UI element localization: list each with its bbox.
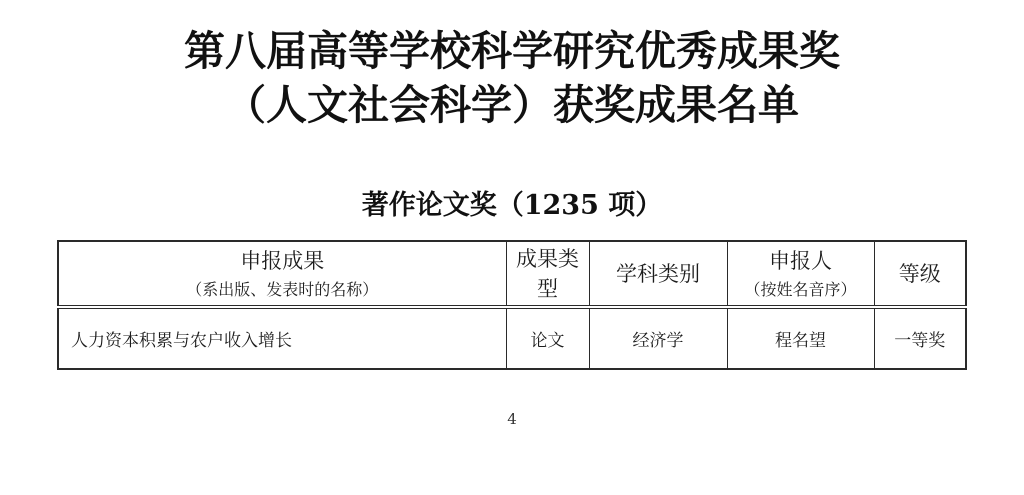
document-title-line1: 第八届高等学校科学研究优秀成果奖 — [0, 24, 1024, 78]
header-applicant-main: 申报人 — [728, 247, 874, 275]
header-achievement: 申报成果 （系出版、发表时的名称） — [58, 241, 506, 307]
header-grade-main: 等级 — [875, 260, 966, 288]
cell-applicant: 程名望 — [727, 307, 874, 369]
cell-result-type: 论文 — [506, 307, 589, 369]
cell-discipline: 经济学 — [589, 307, 727, 369]
header-result-type: 成果类型 — [506, 241, 589, 307]
cell-achievement-title: 人力资本积累与农户收入增长 — [58, 307, 506, 369]
header-result-type-main: 成果类型 — [507, 244, 589, 304]
document-title-line2: （人文社会科学）获奖成果名单 — [0, 78, 1024, 132]
table-row: 人力资本积累与农户收入增长 论文 经济学 程名望 一等奖 — [58, 307, 966, 369]
header-discipline: 学科类别 — [589, 241, 727, 307]
header-applicant-sub: （按姓名音序） — [728, 280, 874, 300]
header-discipline-main: 学科类别 — [590, 260, 727, 288]
cell-grade: 一等奖 — [874, 307, 966, 369]
table-header-row: 申报成果 （系出版、发表时的名称） 成果类型 学科类别 申报人 （按姓名音序） … — [58, 241, 966, 307]
document-page: 第八届高等学校科学研究优秀成果奖 （人文社会科学）获奖成果名单 著作论文奖（12… — [0, 0, 1024, 495]
header-achievement-main: 申报成果 — [59, 247, 506, 275]
awards-table: 申报成果 （系出版、发表时的名称） 成果类型 学科类别 申报人 （按姓名音序） … — [57, 240, 967, 370]
header-grade: 等级 — [874, 241, 966, 307]
document-title: 第八届高等学校科学研究优秀成果奖 （人文社会科学）获奖成果名单 — [0, 0, 1024, 132]
header-achievement-sub: （系出版、发表时的名称） — [59, 280, 506, 300]
page-number: 4 — [0, 410, 1024, 428]
header-applicant: 申报人 （按姓名音序） — [727, 241, 874, 307]
section-heading: 著作论文奖（1235 项） — [0, 190, 1024, 222]
